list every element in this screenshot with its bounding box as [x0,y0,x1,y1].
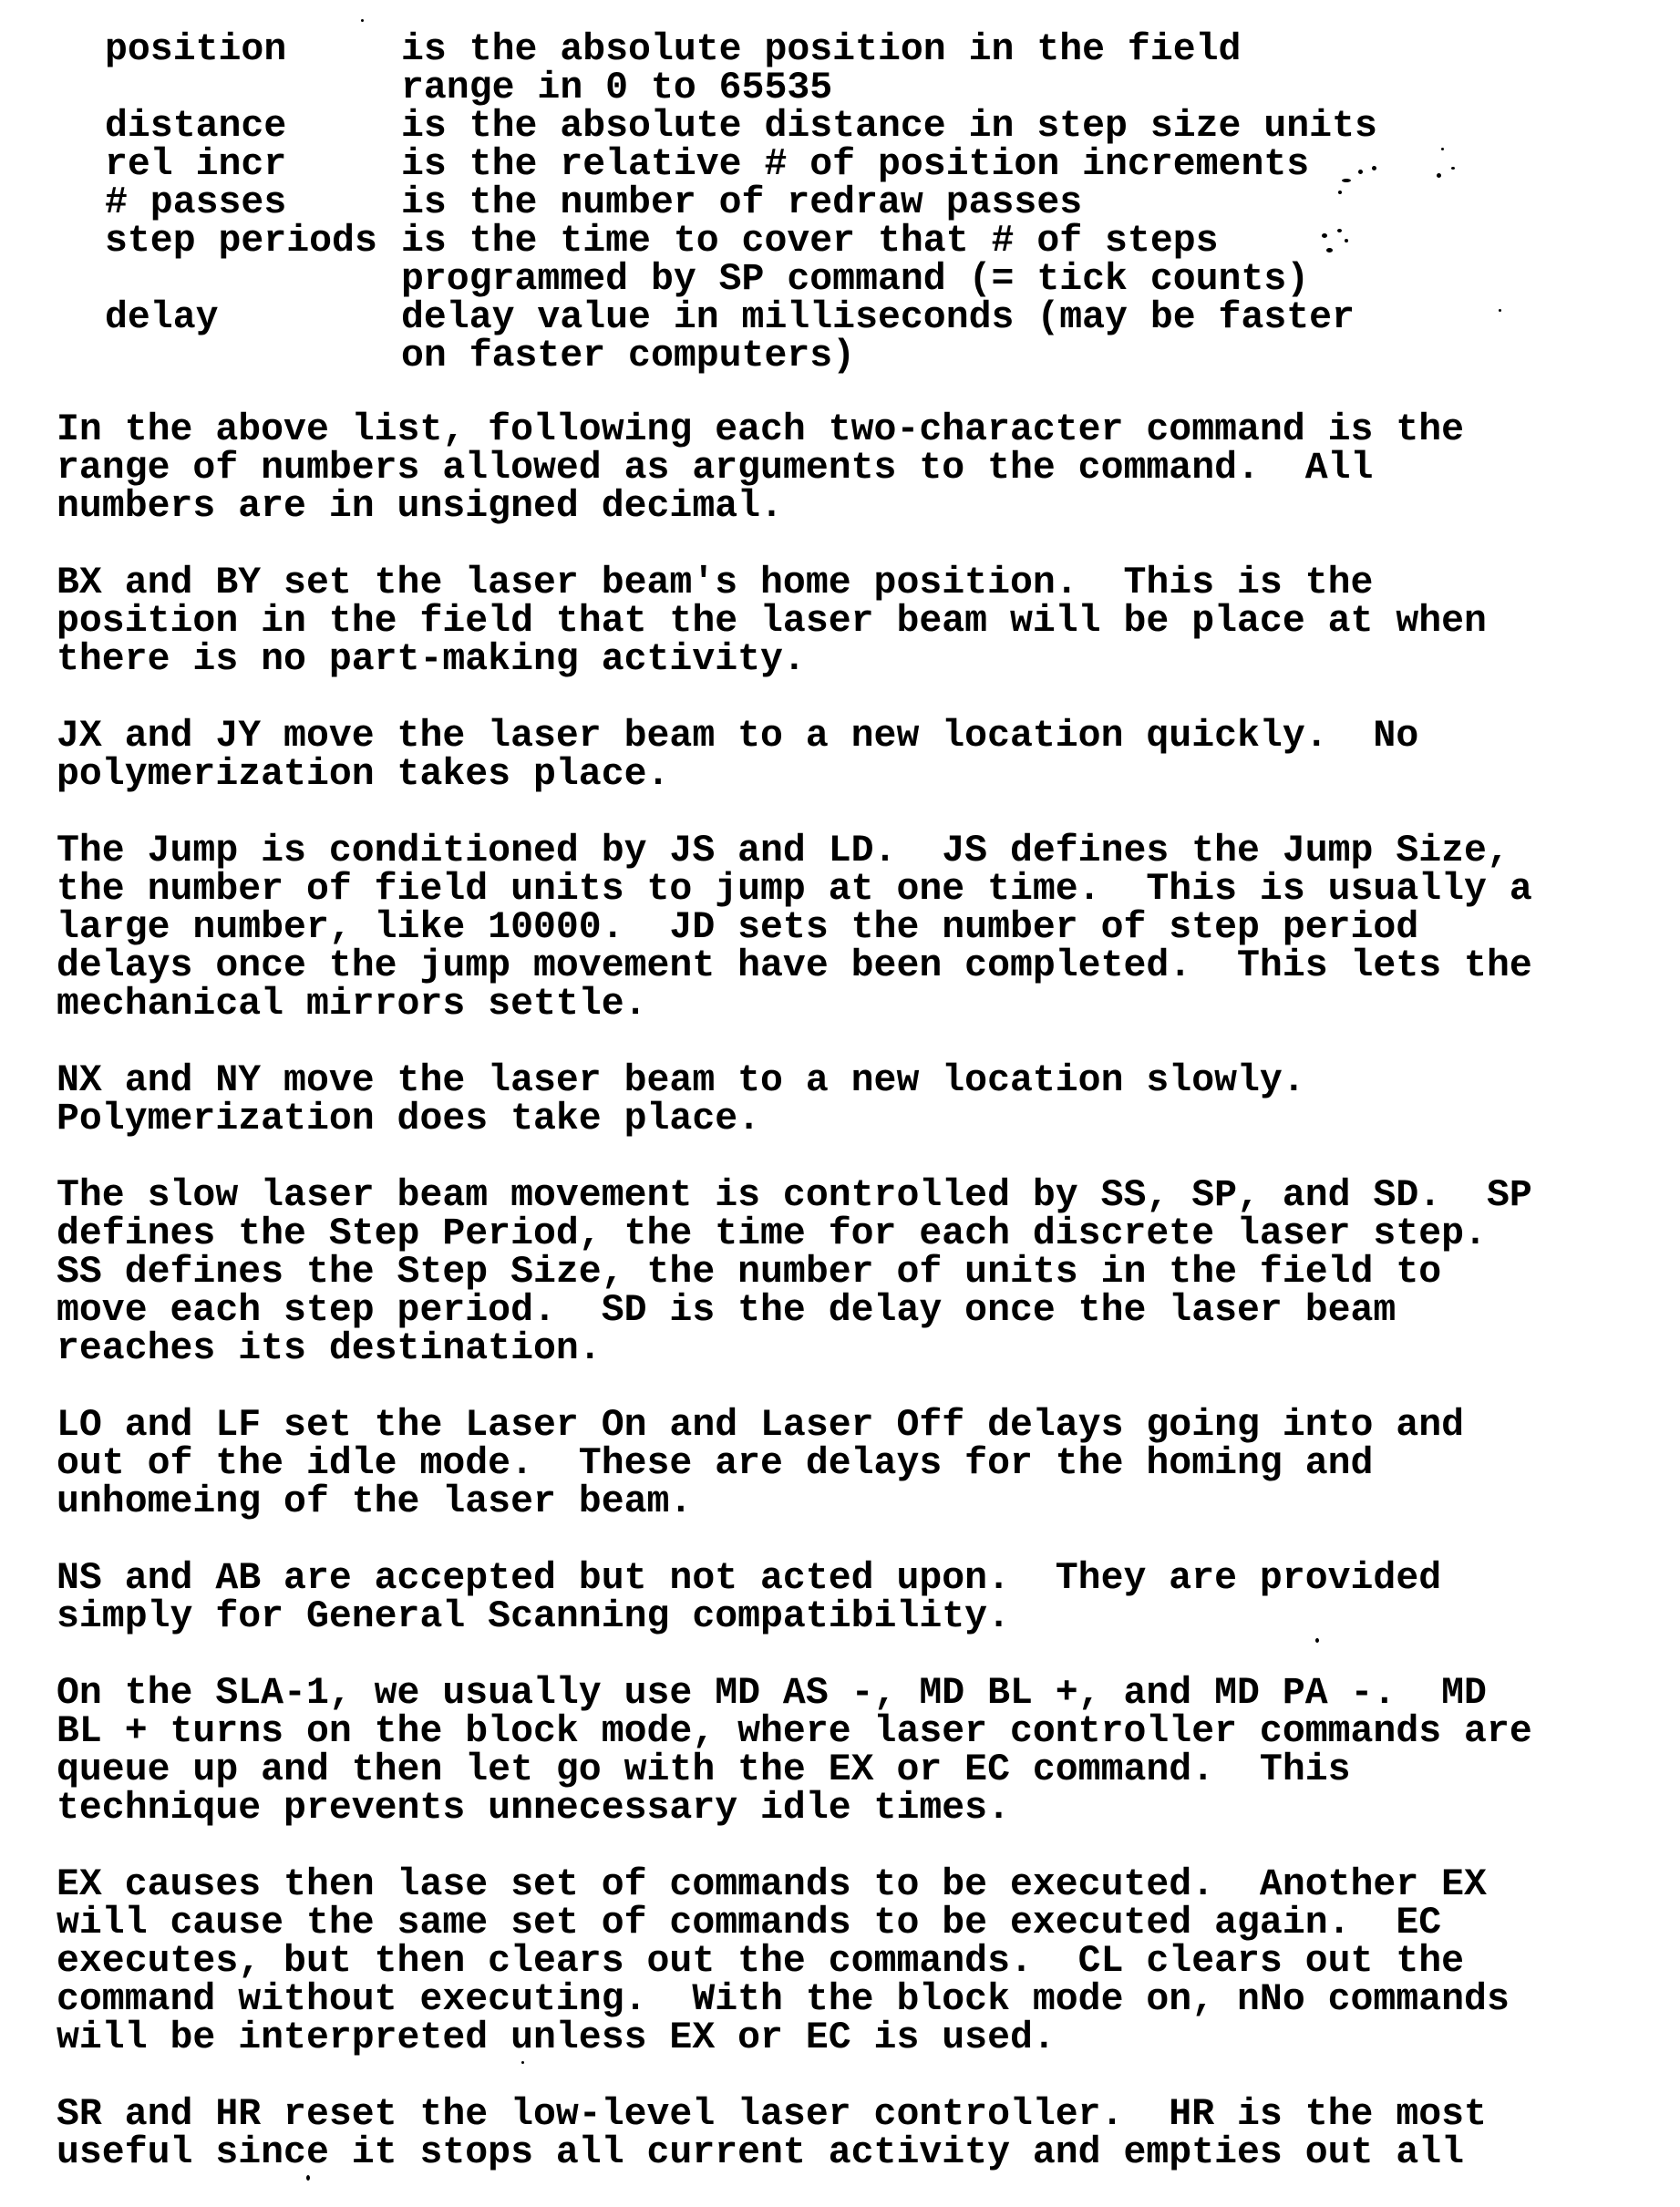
paragraph-line: executes, but then clears out the comman… [57,1943,1661,1981]
paragraph: In the above list, following each two-ch… [57,411,1661,526]
paragraph-line: numbers are in unsigned decimal. [57,488,1661,526]
paragraph-line: command without executing. With the bloc… [57,1981,1661,2019]
scan-speck [306,2175,310,2181]
paragraph: BX and BY set the laser beam's home posi… [57,564,1661,679]
scan-speck [1451,167,1455,170]
body-paragraphs: In the above list, following each two-ch… [57,411,1661,2207]
paragraph-line: position in the field that the laser bea… [57,603,1661,641]
paragraph-line: LO and LF set the Laser On and Laser Off… [57,1407,1661,1445]
definition-line: is the absolute position in the field [401,28,1241,71]
paragraph-line: out of the idle mode. These are delays f… [57,1445,1661,1483]
definition-row-continuation: on faster computers) [105,337,1377,376]
definition-row: # passes is the number of redraw passes [105,184,1377,222]
paragraph-line: On the SLA-1, we usually use MD AS -, MD… [57,1675,1661,1713]
paragraph-line: queue up and then let go with the EX or … [57,1751,1661,1789]
paragraph: NS and AB are accepted but not acted upo… [57,1560,1661,1636]
paragraph-line: JX and JY move the laser beam to a new l… [57,717,1661,756]
scan-speck [1338,191,1342,194]
definition-row: delay delay value in milliseconds (may b… [105,299,1377,337]
paragraph: The Jump is conditioned by JS and LD. JS… [57,832,1661,1024]
paragraph-line: SS defines the Step Size, the number of … [57,1253,1661,1292]
paragraph-line: technique prevents unnecessary idle time… [57,1789,1661,1828]
definition-term: step periods [105,222,401,261]
definition-term: delay [105,299,401,337]
scan-speck [1437,173,1441,178]
scan-speck [1358,170,1363,174]
paragraph: JX and JY move the laser beam to a new l… [57,717,1661,794]
paragraph-line: will cause the same set of commands to b… [57,1904,1661,1943]
paragraph-line: useful since it stops all current activi… [57,2134,1661,2172]
definition-term: rel incr [105,146,401,184]
paragraph: NX and NY move the laser beam to a new l… [57,1062,1661,1139]
paragraph-line: Polymerization does take place. [57,1100,1661,1139]
definition-text: is the absolute position in the field [401,31,1241,69]
scan-speck [1326,248,1333,253]
paragraph-line: NX and NY move the laser beam to a new l… [57,1062,1661,1100]
paragraph-line: large number, like 10000. JD sets the nu… [57,909,1661,947]
paragraph-line: there is no part-making activity. [57,641,1661,679]
definition-row: step periods is the time to cover that #… [105,222,1377,261]
definition-line: is the relative # of position increments [401,146,1309,184]
paragraph: SR and HR reset the low-level laser cont… [57,2096,1661,2172]
scan-speck [361,19,364,22]
paragraph-line: defines the Step Period, the time for ea… [57,1215,1661,1253]
definition-term: distance [105,108,401,146]
scan-speck [1337,229,1342,232]
scan-speck [1441,148,1444,150]
paragraph-line: reaches its destination. [57,1330,1661,1368]
scanned-document-page: position is the absolute position in the… [0,0,1680,2207]
paragraph-line: EX causes then lase set of commands to b… [57,1866,1661,1904]
paragraph-line: NS and AB are accepted but not acted upo… [57,1560,1661,1598]
definition-row: rel incr is the relative # of position i… [105,146,1377,184]
definition-line: programmed by SP command (= tick counts) [401,261,1309,299]
paragraph-line: BL + turns on the block mode, where lase… [57,1713,1661,1751]
paragraph-line: polymerization takes place. [57,756,1661,794]
definition-term-empty [105,69,401,108]
definition-term: position [105,31,401,69]
paragraph-line: BX and BY set the laser beam's home posi… [57,564,1661,603]
scan-speck [1345,239,1348,242]
paragraph: LO and LF set the Laser On and Laser Off… [57,1407,1661,1521]
paragraph-line: will be interpreted unless EX or EC is u… [57,2019,1661,2057]
paragraph-line: simply for General Scanning compatibilit… [57,1598,1661,1636]
paragraph-line: delays once the jump movement have been … [57,947,1661,985]
paragraph-line: mechanical mirrors settle. [57,985,1661,1024]
paragraph-line: In the above list, following each two-ch… [57,411,1661,449]
definition-row-continuation: range in 0 to 65535 [105,69,1377,108]
paragraph: EX causes then lase set of commands to b… [57,1866,1661,2057]
paragraph-line: SR and HR reset the low-level laser cont… [57,2096,1661,2134]
paragraph-line: move each step period. SD is the delay o… [57,1292,1661,1330]
definition-line: delay value in milliseconds (may be fast… [401,299,1355,337]
definition-line: range in 0 to 65535 [401,69,832,108]
scan-speck [1342,179,1351,182]
definition-term-empty [105,337,401,376]
definition-row: position is the absolute position in the… [105,31,1377,69]
scan-speck [521,2061,524,2064]
paragraph-line: the number of field units to jump at one… [57,871,1661,909]
scan-speck [1322,233,1327,238]
definition-row: distance is the absolute distance in ste… [105,108,1377,146]
definition-line: is the absolute distance in step size un… [401,108,1377,146]
scan-speck [1499,309,1501,312]
paragraph-line: The slow laser beam movement is controll… [57,1177,1661,1215]
argument-definition-list: position is the absolute position in the… [105,31,1377,376]
definition-line: is the number of redraw passes [401,184,1082,222]
definition-term-empty [105,261,401,299]
paragraph: The slow laser beam movement is controll… [57,1177,1661,1368]
definition-line: on faster computers) [401,337,855,376]
definition-term: # passes [105,184,401,222]
paragraph: On the SLA-1, we usually use MD AS -, MD… [57,1675,1661,1828]
paragraph-line: range of numbers allowed as arguments to… [57,449,1661,488]
definition-line: is the time to cover that # of steps [401,222,1219,261]
definition-row-continuation: programmed by SP command (= tick counts) [105,261,1377,299]
scan-speck [1372,166,1376,170]
paragraph-line: The Jump is conditioned by JS and LD. JS… [57,832,1661,871]
paragraph-line: unhomeing of the laser beam. [57,1483,1661,1521]
scan-speck [1315,1638,1319,1643]
